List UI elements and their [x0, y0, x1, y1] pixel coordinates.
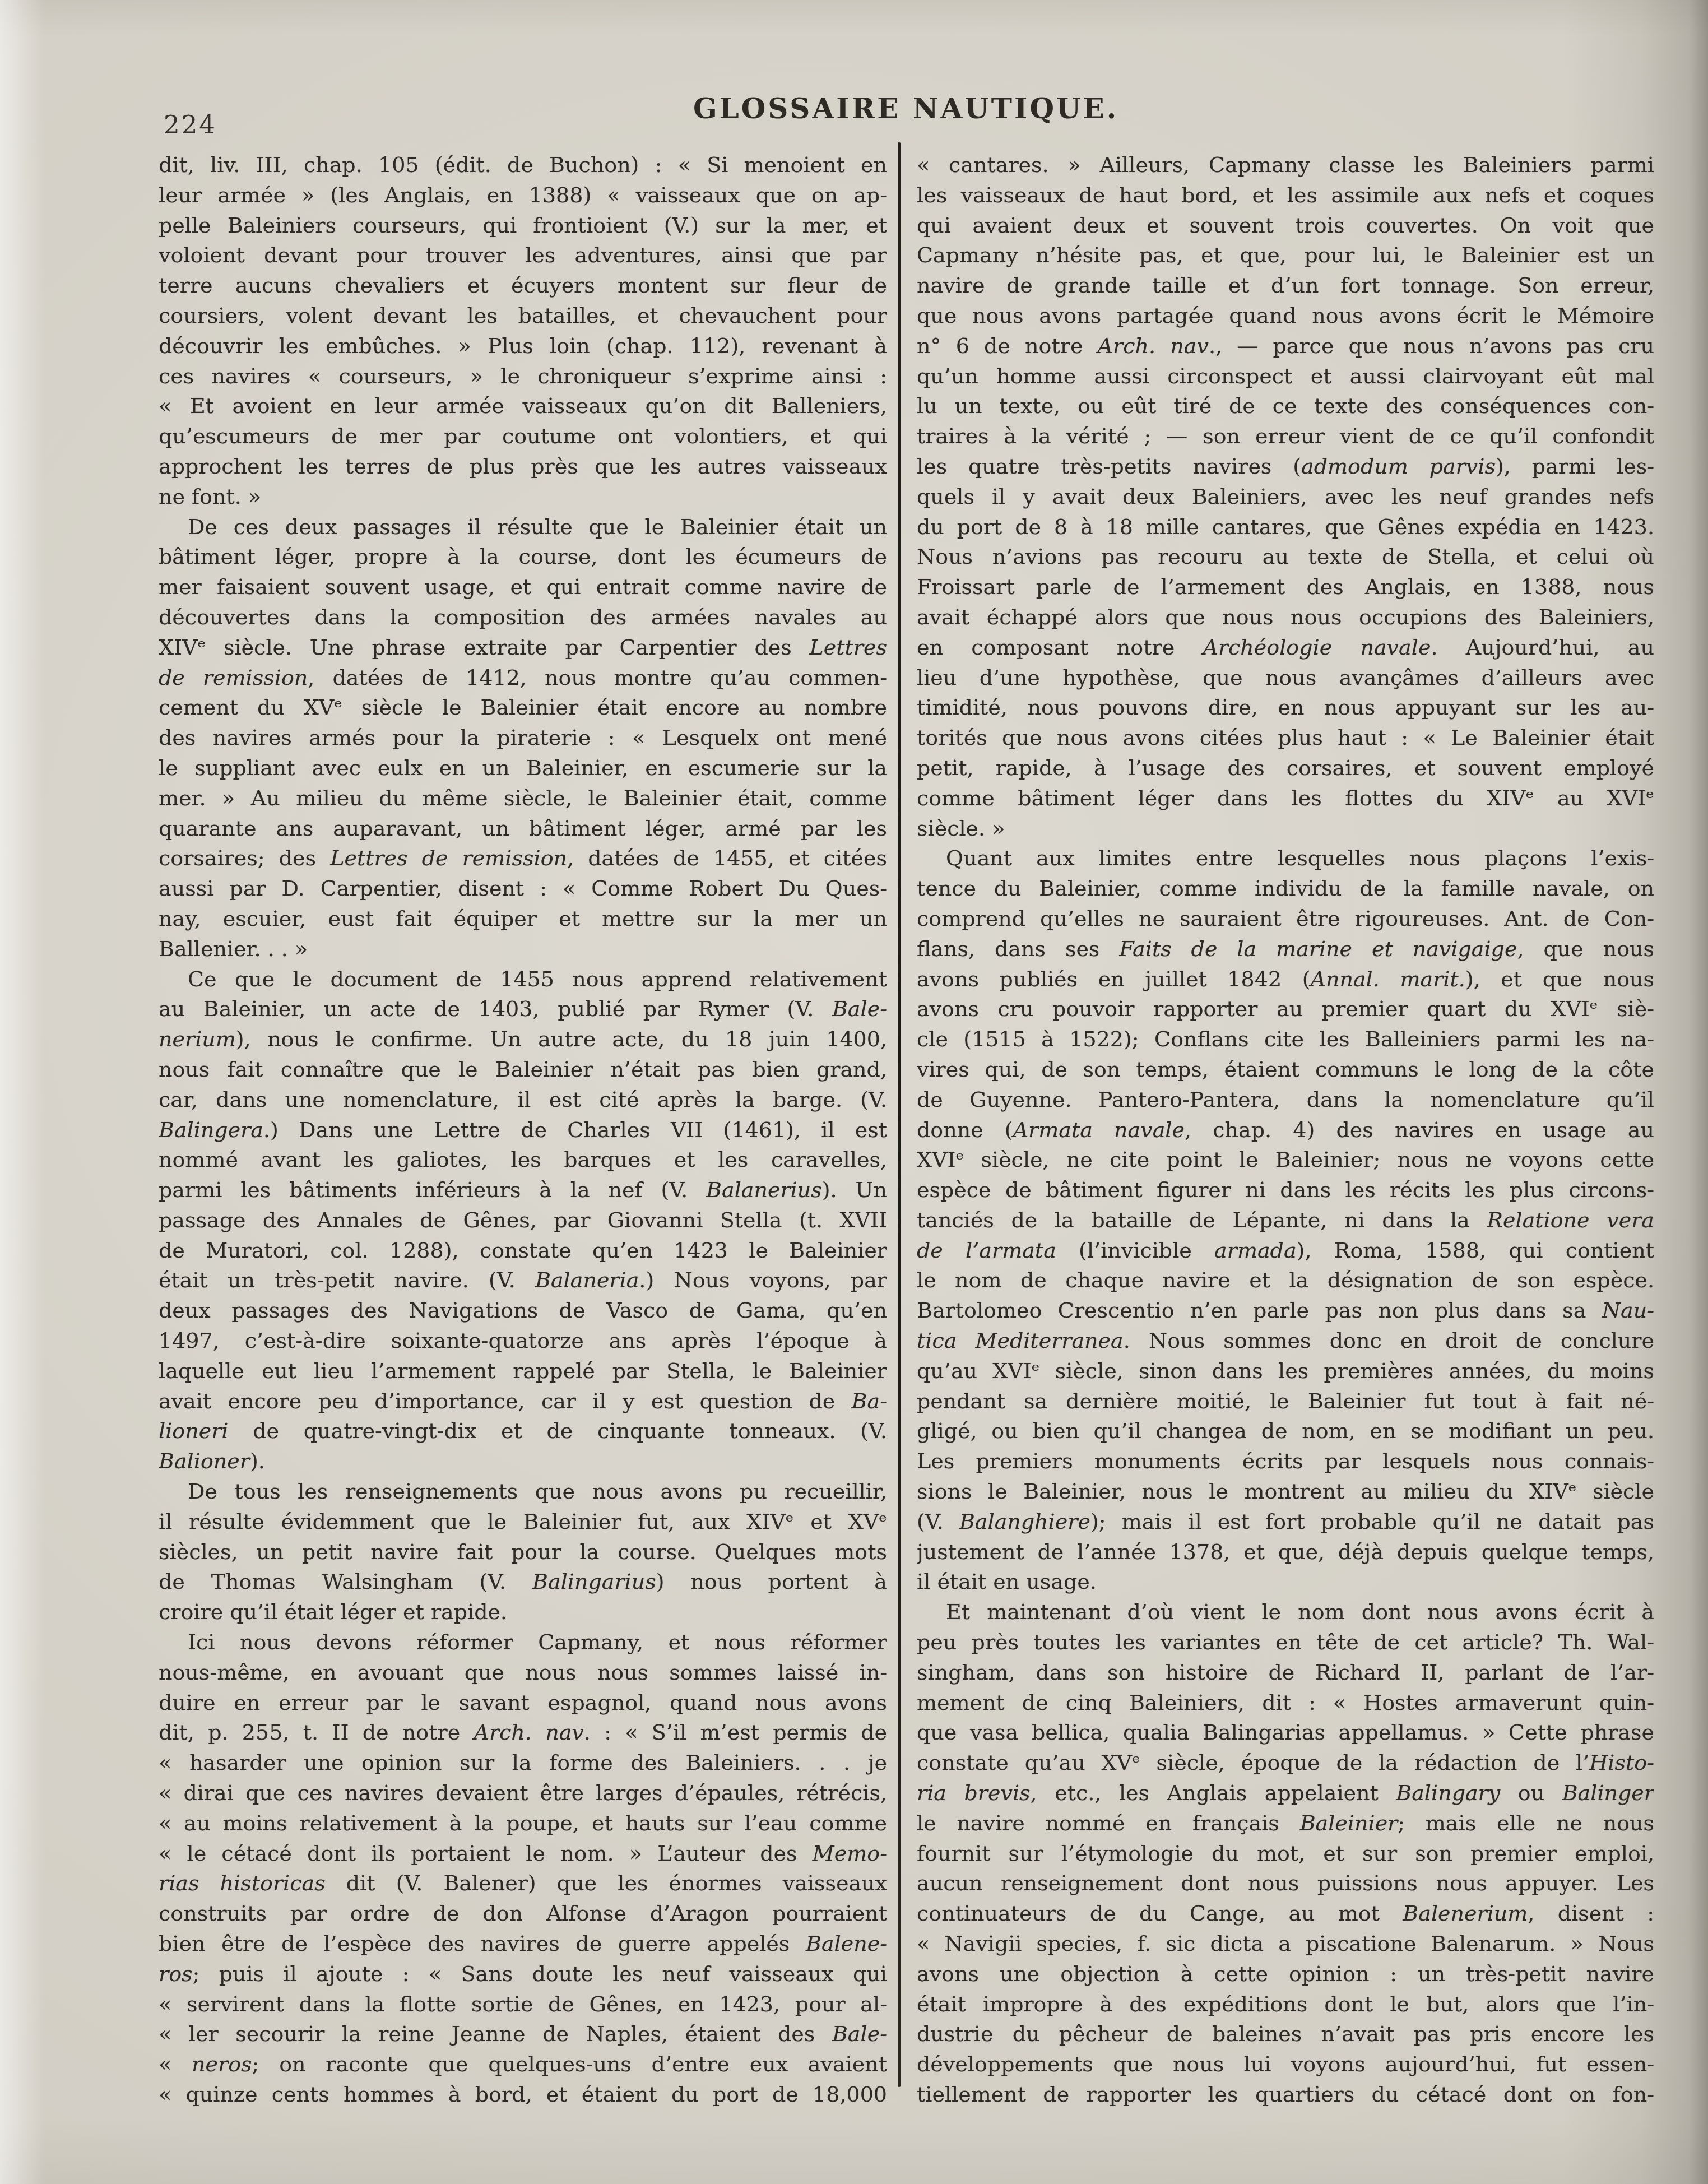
text-line: qu’au XVIᵉ siècle, sinon dans les premiè… — [917, 1356, 1654, 1387]
text-line: du port de 8 à 18 mille cantares, que Gê… — [917, 512, 1654, 542]
text-line: XVIᵉ siècle, ne cite point le Baleinier;… — [917, 1145, 1654, 1175]
text-line: découvertes dans la composition des armé… — [159, 602, 887, 633]
text-line: avait échappé alors que nous nous occupi… — [917, 602, 1654, 633]
text-line: (V. Balanghiere); mais il est fort proba… — [917, 1507, 1654, 1537]
text-line: mer. » Au milieu du même siècle, le Bale… — [159, 783, 887, 814]
text-line: « dirai que ces navires devaient être la… — [159, 1778, 887, 1809]
text-line: avons une objection à cette opinion : un… — [917, 1959, 1654, 1990]
text-line: constate qu’au XVᵉ siècle, époque de la … — [917, 1748, 1654, 1778]
text-line: Et maintenant d’où vient le nom dont nou… — [917, 1597, 1654, 1627]
text-line: Nous n’avions pas recouru au texte de St… — [917, 542, 1654, 572]
text-line: pelle Baleiniers courseurs, qui frontioi… — [159, 211, 887, 241]
text-line: qu’escumeurs de mer par coutume ont volo… — [159, 421, 887, 452]
text-line: en composant notre Archéologie navale. A… — [917, 633, 1654, 663]
text-line: comme bâtiment léger dans les flottes du… — [917, 783, 1654, 814]
text-line: « cantares. » Ailleurs, Capmany classe l… — [917, 150, 1654, 180]
text-line: « le cétacé dont ils portaient le nom. »… — [159, 1839, 887, 1869]
right-column: « cantares. » Ailleurs, Capmany classe l… — [917, 150, 1654, 2110]
text-line: XIVᵉ siècle. Une phrase extraite par Car… — [159, 633, 887, 663]
text-line: petit, rapide, à l’usage des corsaires, … — [917, 753, 1654, 783]
text-line: « ler secourir la reine Jeanne de Naples… — [159, 2019, 887, 2049]
text-line: ne font. » — [159, 482, 887, 512]
text-line: duire en erreur par le savant espagnol, … — [159, 1688, 887, 1718]
text-line: flans, dans ses Faits de la marine et na… — [917, 934, 1654, 965]
text-line: dit, p. 255, t. II de notre Arch. nav. :… — [159, 1718, 887, 1748]
text-line: avons publiés en juillet 1842 (Annal. ma… — [917, 965, 1654, 995]
text-line: peu près toutes les variantes en tête de… — [917, 1627, 1654, 1658]
text-line: tence du Baleinier, comme individu de la… — [917, 874, 1654, 904]
text-line: terre aucuns chevaliers et écuyers monte… — [159, 271, 887, 301]
text-line: avons cru pouvoir rapporter au premier q… — [917, 994, 1654, 1024]
text-line: voloient devant pour trouver les adventu… — [159, 240, 887, 271]
text-line: découvrir les embûches. » Plus loin (cha… — [159, 331, 887, 361]
text-line: ces navires « courseurs, » le chroniqueu… — [159, 361, 887, 392]
text-line: singham, dans son histoire de Richard II… — [917, 1658, 1654, 1688]
left-column: dit, liv. III, chap. 105 (édit. de Bucho… — [159, 150, 887, 2110]
text-line: développements que nous lui voyons aujou… — [917, 2049, 1654, 2080]
text-line: lioneri de quatre-vingt-dix et de cinqua… — [159, 1416, 887, 1446]
text-line: leur armée » (les Anglais, en 1388) « va… — [159, 180, 887, 211]
text-line: traires à la vérité ; — son erreur vient… — [917, 421, 1654, 452]
text-line: que nous avons partagée quand nous avons… — [917, 301, 1654, 331]
text-line: car, dans une nomenclature, il est cité … — [159, 1085, 887, 1115]
text-line: nous fait connaître que le Baleinier n’é… — [159, 1055, 887, 1085]
text-line: siècle. » — [917, 814, 1654, 844]
text-line: Capmany n’hésite pas, et que, pour lui, … — [917, 240, 1654, 271]
text-line: siècles, un petit navire fait pour la co… — [159, 1537, 887, 1568]
text-line: corsaires; des Lettres de remission, dat… — [159, 843, 887, 874]
text-line: nommé avant les galiotes, les barques et… — [159, 1145, 887, 1175]
text-line: tica Mediterranea. Nous sommes donc en d… — [917, 1326, 1654, 1356]
text-line: nous-même, en avouant que nous nous somm… — [159, 1658, 887, 1688]
text-line: de l’armata (l’invicible armada), Roma, … — [917, 1236, 1654, 1266]
text-line: Ici nous devons réformer Capmany, et nou… — [159, 1627, 887, 1658]
text-line: qui avaient deux et souvent trois couver… — [917, 211, 1654, 241]
text-line: il était en usage. — [917, 1567, 1654, 1597]
text-line: Quant aux limites entre lesquelles nous … — [917, 843, 1654, 874]
text-line: aussi par D. Carpentier, disent : « Comm… — [159, 874, 887, 904]
text-line: sions le Baleinier, nous le montrent au … — [917, 1477, 1654, 1507]
text-line: Froissart parle de l’armement des Anglai… — [917, 572, 1654, 602]
text-line: le suppliant avec eulx en un Baleinier, … — [159, 753, 887, 783]
text-line: quarante ans auparavant, un bâtiment lég… — [159, 814, 887, 844]
text-line: De ces deux passages il résulte que le B… — [159, 512, 887, 542]
text-line: Bartolomeo Crescentio n’en parle pas non… — [917, 1296, 1654, 1326]
text-line: croire qu’il était léger et rapide. — [159, 1597, 887, 1627]
text-line: passage des Annales de Gênes, par Giovan… — [159, 1205, 887, 1236]
text-line: qu’un homme aussi circonspect et aussi c… — [917, 361, 1654, 392]
text-line: n° 6 de notre Arch. nav., — parce que no… — [917, 331, 1654, 361]
text-line: mement de cinq Baleiniers, dit : « Hoste… — [917, 1688, 1654, 1718]
text-line: espèce de bâtiment figurer ni dans les r… — [917, 1175, 1654, 1205]
text-line: « neros; on raconte que quelques-uns d’e… — [159, 2049, 887, 2080]
text-line: fournit sur l’étymologie du mot, et sur … — [917, 1839, 1654, 1869]
text-line: tanciés de la bataille de Lépante, ni da… — [917, 1205, 1654, 1236]
text-line: coursiers, volent devant les batailles, … — [159, 301, 887, 331]
text-line: « Et avoient en leur armée vaisseaux qu’… — [159, 391, 887, 421]
text-line: ria brevis, etc., les Anglais appelaient… — [917, 1778, 1654, 1809]
text-line: navire de grande taille et d’un fort ton… — [917, 271, 1654, 301]
text-line: quels il y avait deux Baleiniers, avec l… — [917, 482, 1654, 512]
text-line: le navire nommé en français Baleinier; m… — [917, 1809, 1654, 1839]
text-line: deux passages des Navigations de Vasco d… — [159, 1296, 887, 1326]
text-line: approchent les terres de plus près que l… — [159, 452, 887, 482]
text-line: bâtiment léger, propre à la course, dont… — [159, 542, 887, 572]
text-line: justement de l’année 1378, et que, déjà … — [917, 1537, 1654, 1568]
text-line: mer faisaient souvent usage, et qui entr… — [159, 572, 887, 602]
text-line: nay, escuier, eust fait équiper et mettr… — [159, 904, 887, 934]
text-line: bien être de l’espèce des navires de gue… — [159, 1929, 887, 1959]
text-line: « Navigii species, f. sic dicta a piscat… — [917, 1929, 1654, 1959]
running-title: GLOSSAIRE NAUTIQUE. — [159, 92, 1653, 125]
text-line: était un très-petit navire. (V. Balaneri… — [159, 1265, 887, 1296]
text-line: tiellement de rapporter les quartiers du… — [917, 2080, 1654, 2110]
text-line: cle (1515 à 1522); Conflans cite les Bal… — [917, 1024, 1654, 1055]
text-line: comprend qu’elles ne sauraient être rigo… — [917, 904, 1654, 934]
text-line: construits par ordre de don Alfonse d’Ar… — [159, 1899, 887, 1929]
text-line: « au moins relativement à la poupe, et h… — [159, 1809, 887, 1839]
text-line: parmi les bâtiments inférieurs à la nef … — [159, 1175, 887, 1205]
text-line: lu un texte, ou eût tiré de ce texte des… — [917, 391, 1654, 421]
text-line: continuateurs de du Cange, au mot Balene… — [917, 1899, 1654, 1929]
text-line: rias historicas dit (V. Balener) que les… — [159, 1868, 887, 1899]
text-line: Ballenier. . . » — [159, 934, 887, 965]
text-line: de remission, datées de 1412, nous montr… — [159, 663, 887, 693]
text-line: torités que nous avons citées plus haut … — [917, 723, 1654, 753]
text-line: des navires armés pour la piraterie : « … — [159, 723, 887, 753]
text-line: les vaisseaux de haut bord, et les assim… — [917, 180, 1654, 211]
text-line: Les premiers monuments écrits par lesque… — [917, 1446, 1654, 1477]
text-line: « hasarder une opinion sur la forme des … — [159, 1748, 887, 1778]
text-line: au Baleinier, un acte de 1403, publié pa… — [159, 994, 887, 1024]
text-line: était impropre à des expéditions dont le… — [917, 1990, 1654, 2020]
text-line: « servirent dans la flotte sortie de Gên… — [159, 1990, 887, 2020]
text-line: avait encore peu d’importance, car il y … — [159, 1387, 887, 1417]
text-line: dustrie du pêcheur de baleines n’avait p… — [917, 2019, 1654, 2049]
text-line: ros; puis il ajoute : « Sans doute les n… — [159, 1959, 887, 1990]
text-line: De tous les renseignements que nous avon… — [159, 1477, 887, 1507]
text-line: pendant sa dernière moitié, le Baleinier… — [917, 1387, 1654, 1417]
text-line: que vasa bellica, qualia Balingarias app… — [917, 1718, 1654, 1748]
column-divider — [898, 142, 901, 2087]
text-line: Balioner). — [159, 1446, 887, 1477]
text-line: 1497, c’est-à-dire soixante-quatorze ans… — [159, 1326, 887, 1356]
text-line: Ce que le document de 1455 nous apprend … — [159, 965, 887, 995]
text-line: timidité, nous pouvons dire, en nous app… — [917, 693, 1654, 723]
text-line: le nom de chaque navire et la désignatio… — [917, 1265, 1654, 1296]
text-line: gligé, ou bien qu’il changea de nom, en … — [917, 1416, 1654, 1446]
book-page: 224 GLOSSAIRE NAUTIQUE. dit, liv. III, c… — [0, 0, 1708, 2184]
text-line: cement du XVᵉ siècle le Baleinier était … — [159, 693, 887, 723]
text-line: Balingera.) Dans une Lettre de Charles V… — [159, 1115, 887, 1146]
text-line: vires qui, de son temps, étaient communs… — [917, 1055, 1654, 1085]
text-line: « quinze cents hommes à bord, et étaient… — [159, 2080, 887, 2110]
text-line: les quatre très-petits navires (admodum … — [917, 452, 1654, 482]
text-line: de Thomas Walsingham (V. Balingarius) no… — [159, 1567, 887, 1597]
text-line: dit, liv. III, chap. 105 (édit. de Bucho… — [159, 150, 887, 180]
text-line: lieu d’une hypothèse, que nous avançâmes… — [917, 663, 1654, 693]
text-line: aucun renseignement dont nous puissions … — [917, 1868, 1654, 1899]
text-line: il résulte évidemment que le Baleinier f… — [159, 1507, 887, 1537]
text-line: de Muratori, col. 1288), constate qu’en … — [159, 1236, 887, 1266]
text-line: nerium), nous le confirme. Un autre acte… — [159, 1024, 887, 1055]
text-line: donne (Armata navale, chap. 4) des navir… — [917, 1115, 1654, 1146]
text-line: de Guyenne. Pantero-Pantera, dans la nom… — [917, 1085, 1654, 1115]
text-line: laquelle eut lieu l’armement rappelé par… — [159, 1356, 887, 1387]
